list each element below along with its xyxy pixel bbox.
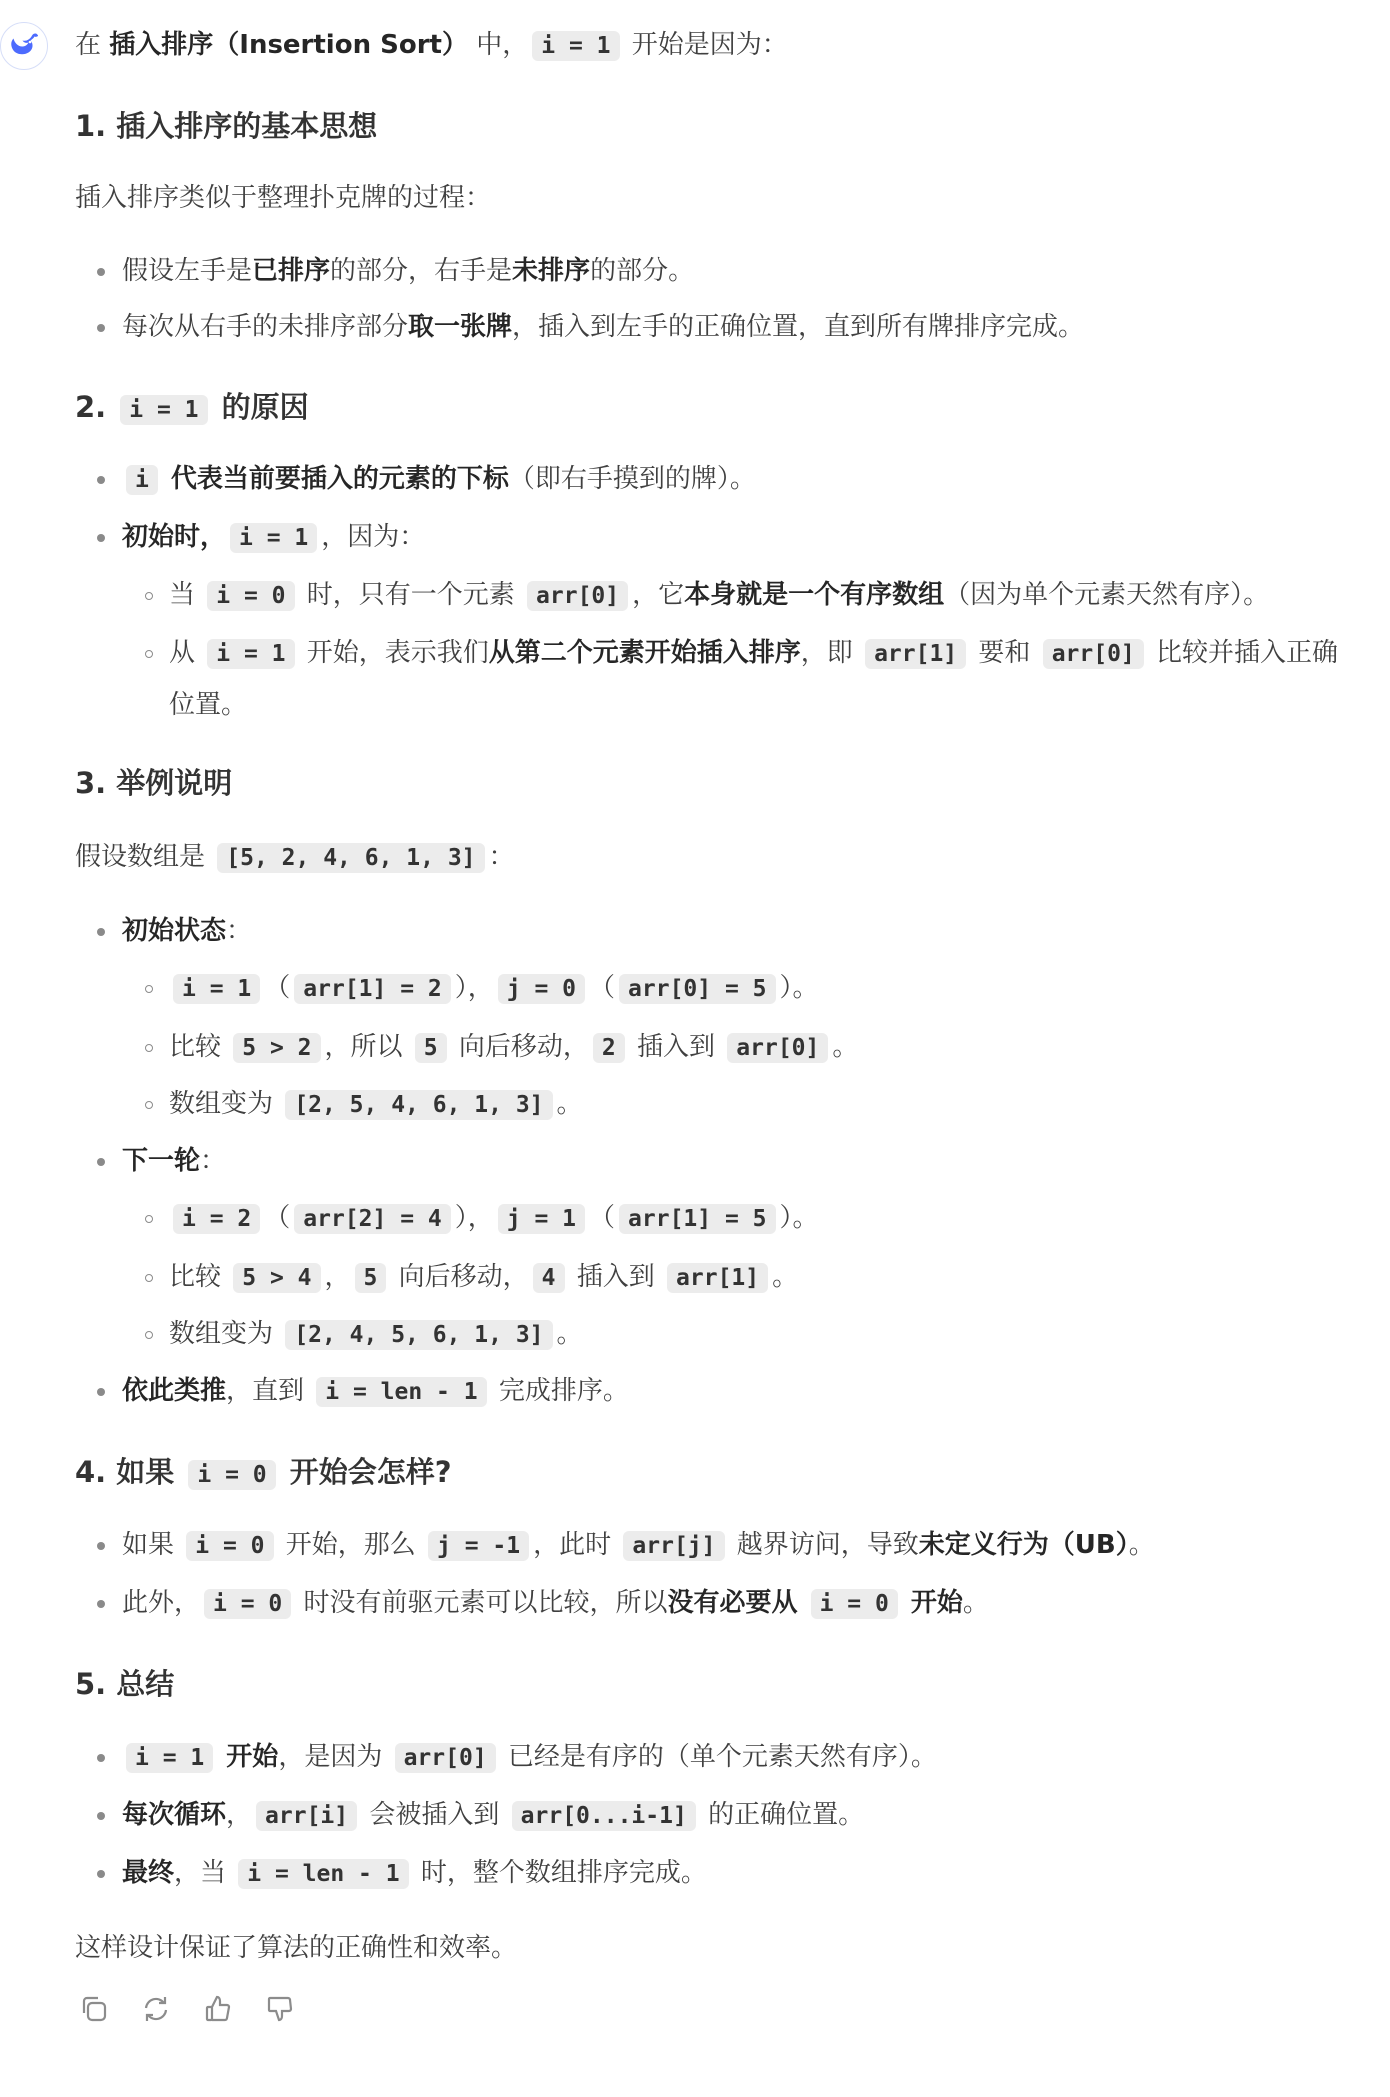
sub-bullet-icon <box>145 1101 153 1109</box>
bullet-icon <box>97 1870 105 1878</box>
list-item: 初始时，i = 1，因为： <box>122 517 425 558</box>
list-item: 每次从右手的未排序部分取一张牌，插入到左手的正确位置，直到所有牌排序完成。 <box>122 307 1084 347</box>
sub-bullet-icon <box>145 1044 153 1052</box>
sub-list-item: 从 i = 1 开始，表示我们从第二个元素开始插入排序，即 arr[1] 要和 … <box>169 633 1338 674</box>
bullet-icon <box>97 1600 105 1608</box>
list-item: 初始状态： <box>122 911 252 951</box>
section-3-paragraph: 假设数组是 [5, 2, 4, 6, 1, 3]： <box>75 837 515 878</box>
bullet-icon <box>97 1812 105 1820</box>
message-actions <box>78 1993 296 2025</box>
list-item: 最终，当 i = len - 1 时，整个数组排序完成。 <box>122 1853 707 1894</box>
list-item: 每次循环，arr[i] 会被插入到 arr[0...i-1] 的正确位置。 <box>122 1795 864 1836</box>
sub-bullet-icon <box>145 1331 153 1339</box>
list-item: 此外，i = 0 时没有前驱元素可以比较，所以没有必要从 i = 0 开始。 <box>122 1583 989 1624</box>
closing-paragraph: 这样设计保证了算法的正确性和效率。 <box>75 1928 517 1968</box>
section-1-heading: 1. 插入排序的基本思想 <box>75 106 377 146</box>
sub-list-item: 比较 5 > 4，5 向后移动，4 插入到 arr[1]。 <box>169 1257 798 1298</box>
copy-icon[interactable] <box>78 1993 110 2025</box>
section-5-heading: 5. 总结 <box>75 1664 174 1704</box>
sub-list-item: i = 2（arr[2] = 4），j = 1（arr[1] = 5）。 <box>169 1198 819 1239</box>
bullet-icon <box>97 268 105 276</box>
list-item: 假设左手是已排序的部分，右手是未排序的部分。 <box>122 251 694 291</box>
thumbs-up-icon[interactable] <box>202 1993 234 2025</box>
whale-logo-icon <box>8 33 40 59</box>
sub-list-item: 比较 5 > 2，所以 5 向后移动，2 插入到 arr[0]。 <box>169 1027 858 1068</box>
list-item: i 代表当前要插入的元素的下标（即右手摸到的牌）。 <box>122 459 756 500</box>
bullet-icon <box>97 1542 105 1550</box>
thumbs-down-icon[interactable] <box>264 1993 296 2025</box>
bullet-icon <box>97 928 105 936</box>
list-item: 如果 i = 0 开始，那么 j = -1，此时 arr[j] 越界访问，导致未… <box>122 1525 1155 1566</box>
section-3-heading: 3. 举例说明 <box>75 763 232 803</box>
list-item: 下一轮： <box>122 1141 226 1181</box>
bullet-icon <box>97 534 105 542</box>
assistant-avatar <box>0 22 48 70</box>
sub-list-item: 数组变为 [2, 5, 4, 6, 1, 3]。 <box>169 1084 583 1125</box>
sub-bullet-icon <box>145 650 153 658</box>
bullet-icon <box>97 1754 105 1762</box>
list-item: i = 1 开始，是因为 arr[0] 已经是有序的（单个元素天然有序）。 <box>122 1737 937 1778</box>
sub-bullet-icon <box>145 592 153 600</box>
bullet-icon <box>97 1388 105 1396</box>
bullet-icon <box>97 324 105 332</box>
section-4-heading: 4. 如果 i = 0 开始会怎样? <box>75 1452 452 1495</box>
sub-bullet-icon <box>145 985 153 993</box>
list-item: 依此类推，直到 i = len - 1 完成排序。 <box>122 1371 629 1412</box>
sub-list-item-wrap: 位置。 <box>169 685 247 725</box>
sub-list-item: i = 1（arr[1] = 2），j = 0（arr[0] = 5）。 <box>169 968 819 1009</box>
sub-bullet-icon <box>145 1274 153 1282</box>
bullet-icon <box>97 476 105 484</box>
bullet-icon <box>97 1158 105 1166</box>
sub-list-item: 当 i = 0 时，只有一个元素 arr[0]，它本身就是一个有序数组（因为单个… <box>169 575 1269 616</box>
section-1-paragraph: 插入排序类似于整理扑克牌的过程： <box>75 178 491 218</box>
section-2-heading: 2. i = 1 的原因 <box>75 387 309 430</box>
sub-bullet-icon <box>145 1215 153 1223</box>
intro-line: 在 插入排序（Insertion Sort） 中，i = 1 开始是因为： <box>75 25 788 66</box>
sub-list-item: 数组变为 [2, 4, 5, 6, 1, 3]。 <box>169 1314 583 1355</box>
regenerate-icon[interactable] <box>140 1993 172 2025</box>
